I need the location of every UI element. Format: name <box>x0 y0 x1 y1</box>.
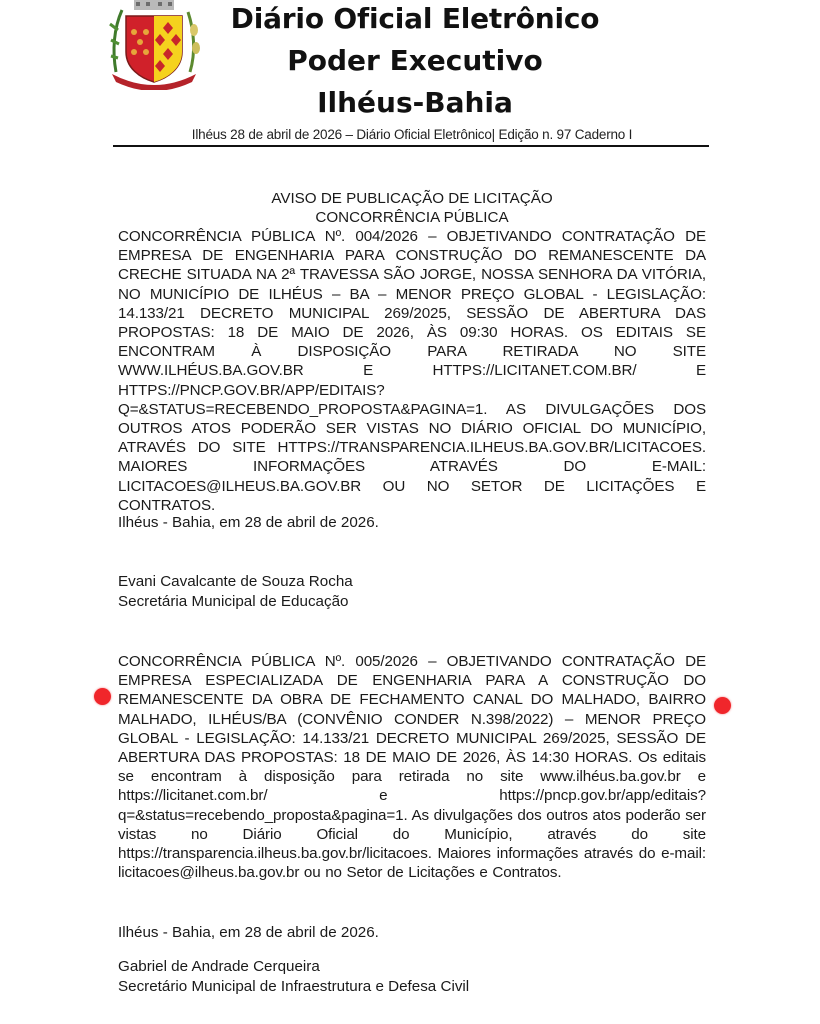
masthead-location: Ilhéus-Bahia <box>200 86 630 119</box>
notice1-body: CONCORRÊNCIA PÚBLICA Nº. 004/2026 – OBJE… <box>118 227 706 515</box>
masthead-subtitle: Poder Executivo <box>200 44 630 77</box>
annotation-dot-right <box>714 697 731 714</box>
header-divider <box>113 145 709 147</box>
notice2-body: CONCORRÊNCIA PÚBLICA Nº. 005/2026 – OBJE… <box>118 652 706 882</box>
notice-heading: AVISO DE PUBLICAÇÃO DE LICITAÇÃO <box>118 189 706 208</box>
coat-of-arms-icon <box>106 0 202 90</box>
masthead-title: Diário Oficial Eletrônico <box>200 2 630 35</box>
notice1-place-date: Ilhéus - Bahia, em 28 de abril de 2026. <box>118 513 706 532</box>
notice1-signatory-role: Secretária Municipal de Educação <box>118 592 706 611</box>
notice1-signatory-name: Evani Cavalcante de Souza Rocha <box>118 572 706 591</box>
notice-subheading: CONCORRÊNCIA PÚBLICA <box>118 208 706 227</box>
notice2-signatory-name: Gabriel de Andrade Cerqueira <box>118 957 706 976</box>
notice2-place-date: Ilhéus - Bahia, em 28 de abril de 2026. <box>118 923 706 942</box>
notice2-signatory-role: Secretário Municipal de Infraestrutura e… <box>118 977 706 996</box>
annotation-dot-left <box>94 688 111 705</box>
edition-line: Ilhéus 28 de abril de 2026 – Diário Ofic… <box>112 127 712 142</box>
